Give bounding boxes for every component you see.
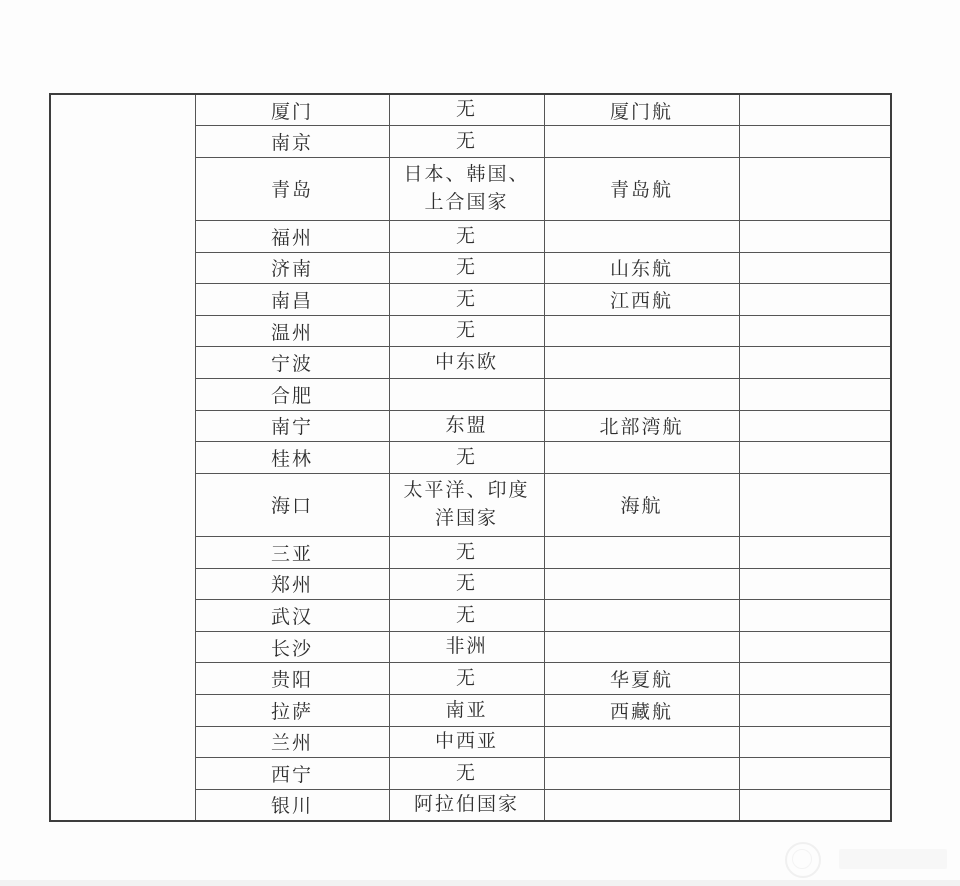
cell-city: 郑州 <box>195 568 389 600</box>
cell-airline <box>544 220 739 252</box>
cell-city: 温州 <box>195 315 389 347</box>
cell-note <box>739 347 891 379</box>
cell-scope: 无 <box>389 600 544 632</box>
cell-scope: 无 <box>389 442 544 474</box>
cell-airline <box>544 347 739 379</box>
cell-note <box>739 600 891 632</box>
cell-airline <box>544 315 739 347</box>
watermark-text-block <box>839 849 947 869</box>
cell-city: 兰州 <box>195 726 389 758</box>
cell-city: 南京 <box>195 126 389 158</box>
table-row: 厦门无厦门航 <box>50 94 891 126</box>
cell-city: 南昌 <box>195 284 389 316</box>
cell-scope: 无 <box>389 568 544 600</box>
cell-scope: 中西亚 <box>389 726 544 758</box>
cell-city: 银川 <box>195 789 389 821</box>
cell-scope: 太平洋、印度 洋国家 <box>389 473 544 536</box>
cell-airline: 海航 <box>544 473 739 536</box>
cell-note <box>739 695 891 727</box>
cell-note <box>739 726 891 758</box>
table-body: 厦门无厦门航南京无青岛日本、韩国、 上合国家青岛航福州无济南无山东航南昌无江西航… <box>50 94 891 821</box>
cell-note <box>739 537 891 569</box>
cell-airline <box>544 126 739 158</box>
cell-note <box>739 758 891 790</box>
cell-city: 桂林 <box>195 442 389 474</box>
cell-airline <box>544 758 739 790</box>
cell-scope: 非洲 <box>389 631 544 663</box>
cell-note <box>739 284 891 316</box>
cell-city: 西宁 <box>195 758 389 790</box>
cell-note <box>739 220 891 252</box>
cell-city: 济南 <box>195 252 389 284</box>
page-bottom-edge <box>0 880 960 886</box>
cell-airline: 西藏航 <box>544 695 739 727</box>
cell-airline <box>544 442 739 474</box>
cell-airline <box>544 537 739 569</box>
cell-scope: 无 <box>389 252 544 284</box>
cell-scope: 阿拉伯国家 <box>389 789 544 821</box>
watermark <box>783 840 958 878</box>
cell-city: 南宁 <box>195 410 389 442</box>
cell-airline: 厦门航 <box>544 94 739 126</box>
cell-scope: 无 <box>389 284 544 316</box>
cell-scope <box>389 378 544 410</box>
cell-note <box>739 568 891 600</box>
cell-note <box>739 126 891 158</box>
cell-city: 武汉 <box>195 600 389 632</box>
cell-note <box>739 789 891 821</box>
cell-note <box>739 315 891 347</box>
cell-airline <box>544 378 739 410</box>
cell-airline <box>544 631 739 663</box>
cell-note <box>739 473 891 536</box>
cell-city: 长沙 <box>195 631 389 663</box>
cell-scope: 东盟 <box>389 410 544 442</box>
cell-airline: 江西航 <box>544 284 739 316</box>
cell-note <box>739 631 891 663</box>
document-page: 厦门无厦门航南京无青岛日本、韩国、 上合国家青岛航福州无济南无山东航南昌无江西航… <box>0 0 960 886</box>
cell-city: 厦门 <box>195 94 389 126</box>
cell-airline <box>544 789 739 821</box>
cell-airline: 山东航 <box>544 252 739 284</box>
cell-city: 三亚 <box>195 537 389 569</box>
cell-scope: 无 <box>389 94 544 126</box>
cell-airline: 北部湾航 <box>544 410 739 442</box>
cell-city: 福州 <box>195 220 389 252</box>
cell-city: 宁波 <box>195 347 389 379</box>
cell-note <box>739 157 891 220</box>
merged-left-cell <box>50 94 195 821</box>
cell-note <box>739 663 891 695</box>
cell-scope: 无 <box>389 663 544 695</box>
cell-scope: 无 <box>389 537 544 569</box>
cell-scope: 南亚 <box>389 695 544 727</box>
cell-scope: 无 <box>389 220 544 252</box>
cell-note <box>739 252 891 284</box>
cell-note <box>739 410 891 442</box>
cell-note <box>739 378 891 410</box>
cell-scope: 日本、韩国、 上合国家 <box>389 157 544 220</box>
cell-airline: 华夏航 <box>544 663 739 695</box>
watermark-seal-inner-icon <box>792 849 812 869</box>
cell-airline <box>544 726 739 758</box>
cell-scope: 无 <box>389 758 544 790</box>
cell-note <box>739 442 891 474</box>
cell-city: 贵阳 <box>195 663 389 695</box>
cell-city: 海口 <box>195 473 389 536</box>
cell-scope: 中东欧 <box>389 347 544 379</box>
flight-routes-table: 厦门无厦门航南京无青岛日本、韩国、 上合国家青岛航福州无济南无山东航南昌无江西航… <box>49 93 892 822</box>
cell-city: 拉萨 <box>195 695 389 727</box>
cell-airline <box>544 568 739 600</box>
cell-city: 青岛 <box>195 157 389 220</box>
cell-airline: 青岛航 <box>544 157 739 220</box>
cell-scope: 无 <box>389 126 544 158</box>
cell-note <box>739 94 891 126</box>
cell-city: 合肥 <box>195 378 389 410</box>
cell-scope: 无 <box>389 315 544 347</box>
cell-airline <box>544 600 739 632</box>
